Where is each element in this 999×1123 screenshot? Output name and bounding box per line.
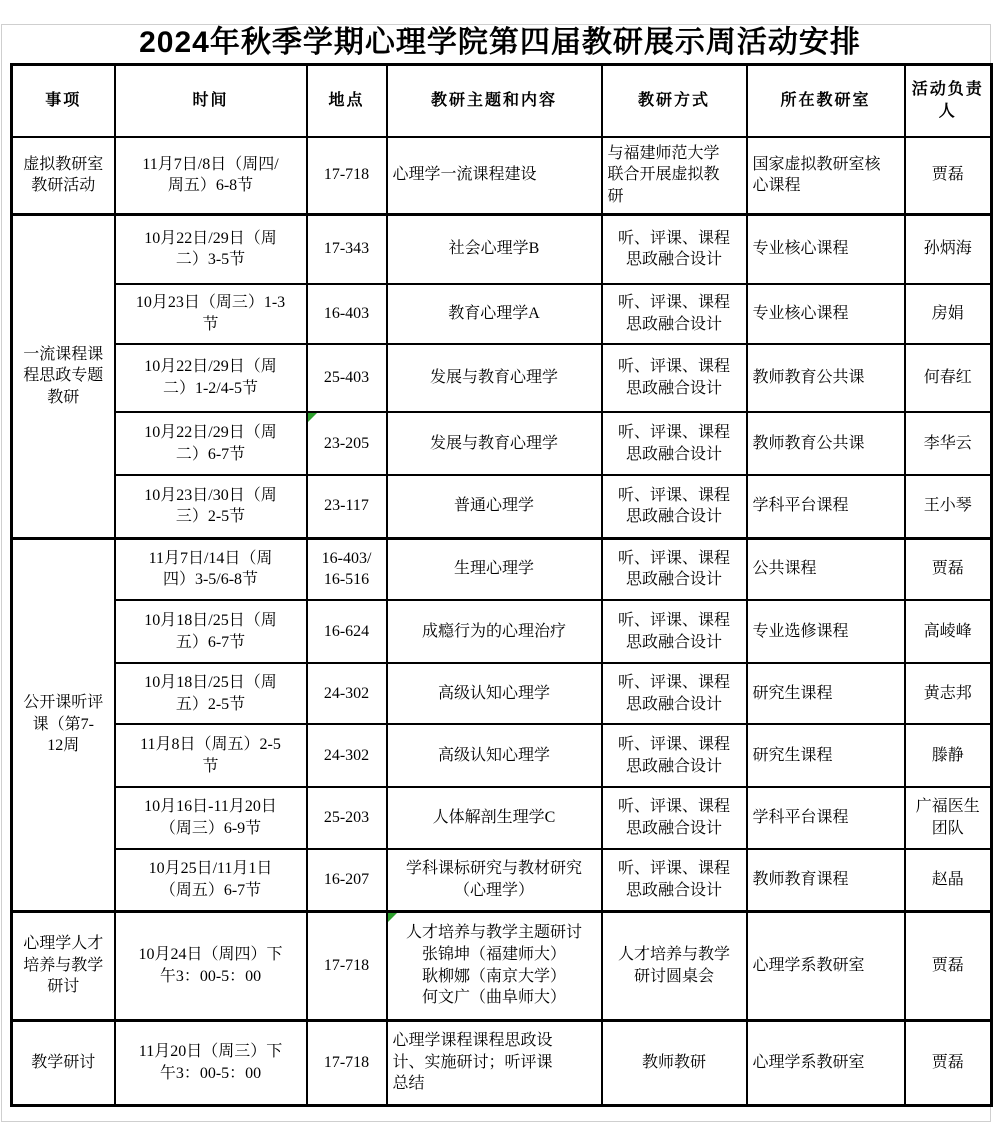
row-11-topic: 人体解剖生理学C [387, 787, 602, 849]
row-10-time: 11月8日（周五）2-5 节 [115, 724, 307, 787]
row-14-topic: 心理学课程课程思政设 计、实施研讨；听评课 总结 [387, 1020, 602, 1105]
col-header-leader: 活动负责人 [905, 65, 992, 138]
row-10-leader: 滕静 [905, 724, 992, 787]
row-8-leader: 高崚峰 [905, 600, 992, 663]
table-row: 11月8日（周五）2-5 节 24-302 高级认知心理学 听、评课、课程 思政… [12, 724, 992, 787]
row-11-office: 学科平台课程 [747, 787, 905, 849]
row-12-method: 听、评课、课程 思政融合设计 [602, 849, 747, 911]
table-row: 一流课程课 程思政专题 教研 10月22日/29日（周 二）3-5节 17-34… [12, 214, 992, 284]
row-6-topic: 普通心理学 [387, 475, 602, 538]
row-2-leader: 孙炳海 [905, 214, 992, 284]
row-1-office: 国家虚拟教研室核 心课程 [747, 137, 905, 214]
row-9-office: 研究生课程 [747, 663, 905, 724]
row-10-office: 研究生课程 [747, 724, 905, 787]
row-5-leader: 李华云 [905, 412, 992, 475]
row-3-location: 16-403 [307, 284, 387, 344]
row-9-time: 10月18日/25日（周 五）2-5节 [115, 663, 307, 724]
row-3-office: 专业核心课程 [747, 284, 905, 344]
row-2-time: 10月22日/29日（周 二）3-5节 [115, 214, 307, 284]
row-1-method: 与福建师范大学 联合开展虚拟教 研 [602, 137, 747, 214]
col-header-method: 教研方式 [602, 65, 747, 138]
row-4-office: 教师教育公共课 [747, 344, 905, 412]
col-header-item: 事项 [12, 65, 115, 138]
table-row: 心理学人才 培养与教学 研讨 10月24日（周四）下 午3：00-5：00 17… [12, 911, 992, 1020]
row-14-leader: 贾磊 [905, 1020, 992, 1105]
schedule-table: 事项 时间 地点 教研主题和内容 教研方式 所在教研室 活动负责人 虚拟教研室 … [10, 63, 993, 1107]
green-corner-marker [308, 413, 317, 422]
row-4-method: 听、评课、课程 思政融合设计 [602, 344, 747, 412]
row-8-time: 10月18日/25日（周 五）6-7节 [115, 600, 307, 663]
row-7-topic: 生理心理学 [387, 538, 602, 600]
row-4-time: 10月22日/29日（周 二）1-2/4-5节 [115, 344, 307, 412]
row-13-time: 10月24日（周四）下 午3：00-5：00 [115, 911, 307, 1020]
row-7-office: 公共课程 [747, 538, 905, 600]
row-2-office: 专业核心课程 [747, 214, 905, 284]
row-5-time: 10月22日/29日（周 二）6-7节 [115, 412, 307, 475]
row-3-time: 10月23日（周三）1-3 节 [115, 284, 307, 344]
row-9-leader: 黄志邦 [905, 663, 992, 724]
row-7-item: 公开课听评 课（第7- 12周 [12, 538, 115, 911]
row-1-location: 17-718 [307, 137, 387, 214]
table-row: 10月22日/29日（周 二）1-2/4-5节 25-403 发展与教育心理学 … [12, 344, 992, 412]
row-6-method: 听、评课、课程 思政融合设计 [602, 475, 747, 538]
row-5-location-text: 23-205 [324, 435, 369, 452]
row-7-leader: 贾磊 [905, 538, 992, 600]
row-13-leader: 贾磊 [905, 911, 992, 1020]
col-header-topic: 教研主题和内容 [387, 65, 602, 138]
row-9-location: 24-302 [307, 663, 387, 724]
row-10-location: 24-302 [307, 724, 387, 787]
row-3-leader: 房娟 [905, 284, 992, 344]
row-12-time: 10月25日/11月1日 （周五）6-7节 [115, 849, 307, 911]
row-11-method: 听、评课、课程 思政融合设计 [602, 787, 747, 849]
row-5-location: 23-205 [307, 412, 387, 475]
row-13-method: 人才培养与教学 研讨圆桌会 [602, 911, 747, 1020]
row-4-leader: 何春红 [905, 344, 992, 412]
table-row: 10月23日/30日（周 三）2-5节 23-117 普通心理学 听、评课、课程… [12, 475, 992, 538]
col-header-office: 所在教研室 [747, 65, 905, 138]
row-13-topic-text: 人才培养与教学主题研讨 张锦坤（福建师大） 耿柳娜（南京大学） 何文广（曲阜师大… [406, 924, 582, 1006]
row-7-location: 16-403/ 16-516 [307, 538, 387, 600]
row-5-office: 教师教育公共课 [747, 412, 905, 475]
row-10-method: 听、评课、课程 思政融合设计 [602, 724, 747, 787]
row-12-location: 16-207 [307, 849, 387, 911]
row-6-leader: 王小琴 [905, 475, 992, 538]
row-13-office: 心理学系教研室 [747, 911, 905, 1020]
table-row: 公开课听评 课（第7- 12周 11月7日/14日（周 四）3-5/6-8节 1… [12, 538, 992, 600]
page: 2024年秋季学期心理学院第四届教研展示周活动安排 事项 时间 地点 教研主题和… [0, 14, 999, 1107]
row-8-office: 专业选修课程 [747, 600, 905, 663]
row-1-topic: 心理学一流课程建设 [387, 137, 602, 214]
row-2-topic: 社会心理学B [387, 214, 602, 284]
table-row: 虚拟教研室 教研活动 11月7日/8日（周四/ 周五）6-8节 17-718 心… [12, 137, 992, 214]
row-8-location: 16-624 [307, 600, 387, 663]
table-row: 教学研讨 11月20日（周三）下 午3：00-5：00 17-718 心理学课程… [12, 1020, 992, 1105]
row-7-time: 11月7日/14日（周 四）3-5/6-8节 [115, 538, 307, 600]
row-2-item: 一流课程课 程思政专题 教研 [12, 214, 115, 538]
row-11-time: 10月16日-11月20日 （周三）6-9节 [115, 787, 307, 849]
table-row: 10月22日/29日（周 二）6-7节 23-205 发展与教育心理学 听、评课… [12, 412, 992, 475]
row-5-method: 听、评课、课程 思政融合设计 [602, 412, 747, 475]
row-14-method: 教师教研 [602, 1020, 747, 1105]
row-10-topic: 高级认知心理学 [387, 724, 602, 787]
row-11-leader: 广福医生 团队 [905, 787, 992, 849]
table-row: 10月23日（周三）1-3 节 16-403 教育心理学A 听、评课、课程 思政… [12, 284, 992, 344]
row-11-location: 25-203 [307, 787, 387, 849]
row-1-time: 11月7日/8日（周四/ 周五）6-8节 [115, 137, 307, 214]
table-row: 10月16日-11月20日 （周三）6-9节 25-203 人体解剖生理学C 听… [12, 787, 992, 849]
row-13-topic: 人才培养与教学主题研讨 张锦坤（福建师大） 耿柳娜（南京大学） 何文广（曲阜师大… [387, 911, 602, 1020]
row-6-office: 学科平台课程 [747, 475, 905, 538]
row-14-item: 教学研讨 [12, 1020, 115, 1105]
row-12-topic: 学科课标研究与教材研究 （心理学） [387, 849, 602, 911]
row-12-leader: 赵晶 [905, 849, 992, 911]
row-3-topic: 教育心理学A [387, 284, 602, 344]
row-14-location: 17-718 [307, 1020, 387, 1105]
col-header-location: 地点 [307, 65, 387, 138]
row-14-office: 心理学系教研室 [747, 1020, 905, 1105]
col-header-time: 时间 [115, 65, 307, 138]
row-6-location: 23-117 [307, 475, 387, 538]
row-4-topic: 发展与教育心理学 [387, 344, 602, 412]
table-row: 10月18日/25日（周 五）2-5节 24-302 高级认知心理学 听、评课、… [12, 663, 992, 724]
row-8-method: 听、评课、课程 思政融合设计 [602, 600, 747, 663]
row-8-topic: 成瘾行为的心理治疗 [387, 600, 602, 663]
row-1-item: 虚拟教研室 教研活动 [12, 137, 115, 214]
table-row: 10月18日/25日（周 五）6-7节 16-624 成瘾行为的心理治疗 听、评… [12, 600, 992, 663]
row-5-topic: 发展与教育心理学 [387, 412, 602, 475]
row-9-topic: 高级认知心理学 [387, 663, 602, 724]
header-row: 事项 时间 地点 教研主题和内容 教研方式 所在教研室 活动负责人 [12, 65, 992, 138]
page-title: 2024年秋季学期心理学院第四届教研展示周活动安排 [10, 14, 990, 63]
table-row: 10月25日/11月1日 （周五）6-7节 16-207 学科课标研究与教材研究… [12, 849, 992, 911]
row-3-method: 听、评课、课程 思政融合设计 [602, 284, 747, 344]
row-2-method: 听、评课、课程 思政融合设计 [602, 214, 747, 284]
row-7-method: 听、评课、课程 思政融合设计 [602, 538, 747, 600]
row-4-location: 25-403 [307, 344, 387, 412]
row-12-office: 教师教育课程 [747, 849, 905, 911]
row-13-item: 心理学人才 培养与教学 研讨 [12, 911, 115, 1020]
row-6-time: 10月23日/30日（周 三）2-5节 [115, 475, 307, 538]
row-2-location: 17-343 [307, 214, 387, 284]
green-corner-marker [388, 913, 397, 922]
row-13-location: 17-718 [307, 911, 387, 1020]
row-1-leader: 贾磊 [905, 137, 992, 214]
row-9-method: 听、评课、课程 思政融合设计 [602, 663, 747, 724]
row-14-time: 11月20日（周三）下 午3：00-5：00 [115, 1020, 307, 1105]
